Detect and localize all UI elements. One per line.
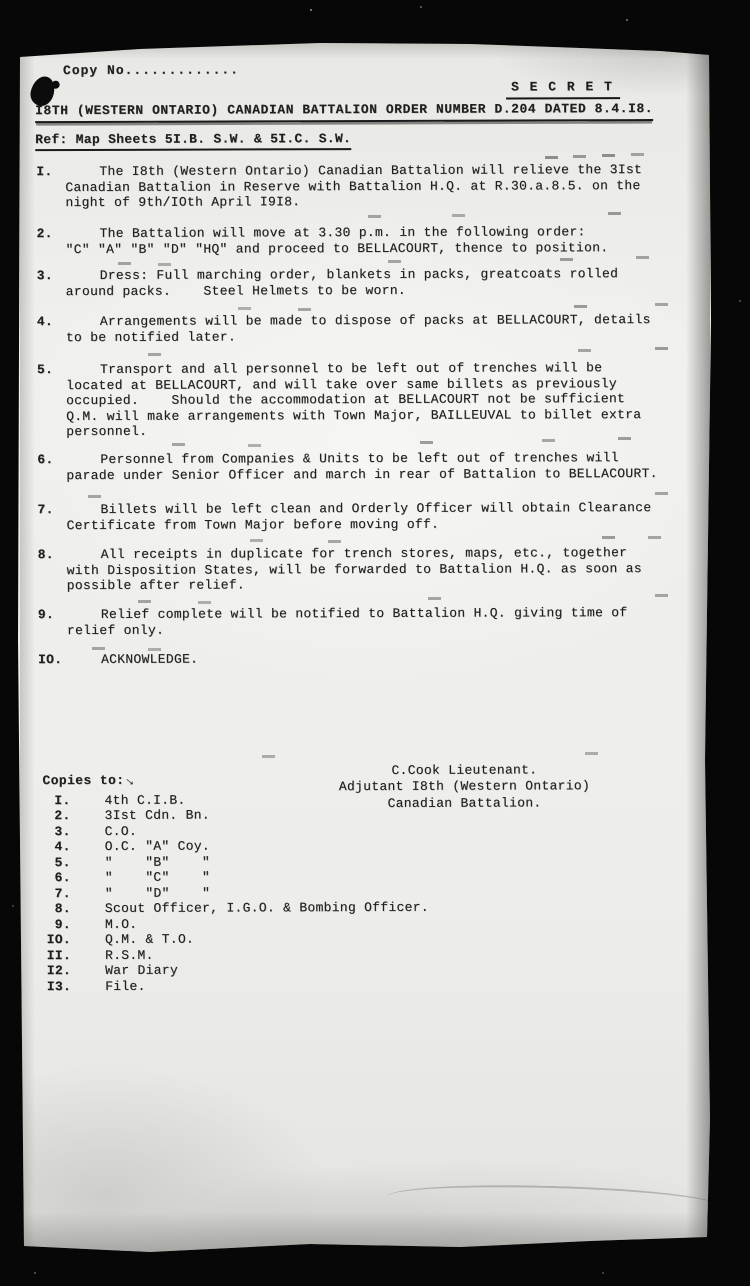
signature-unit: Canadian Battalion. <box>339 795 591 812</box>
item-text: Relief complete will be notified to Batt… <box>67 605 686 638</box>
copy-row-text: War Diary <box>105 963 178 978</box>
order-title: I8TH (WESTERN ONTARIO) CANADIAN BATTALIO… <box>35 101 653 123</box>
copy-row-text: 3Ist Cdn. Bn. <box>105 808 210 823</box>
order-item-5: 5. Transport and all personnel to be lef… <box>35 360 685 440</box>
copy-row-number: IO. <box>31 932 71 947</box>
copy-row-text: R.S.M. <box>105 948 154 963</box>
distribution-label-text: Copies to: <box>42 773 124 788</box>
order-item-7: 7. Billets will be left clean and Orderl… <box>36 500 686 533</box>
item-number: 7. <box>38 502 54 518</box>
copy-row-number: I. <box>31 793 71 808</box>
copy-row-text: M.O. <box>105 917 137 932</box>
order-item-4: 4. Arrangements will be made to dispose … <box>35 312 685 345</box>
signature-role: Adjutant I8th (Western Ontario) <box>338 779 590 796</box>
order-item-1: I. The I8th (Western Ontario) Canadian B… <box>34 162 684 211</box>
copy-row-number: 4. <box>31 839 71 854</box>
copy-row-number: I3. <box>31 979 71 994</box>
item-text: All receipts in duplicate for trench sto… <box>67 545 686 594</box>
copy-row-number: 6. <box>31 870 71 885</box>
copy-row-text: Scout Officer, I.G.O. & Bombing Officer. <box>105 900 429 916</box>
map-reference: Ref: Map Sheets 5I.B. S.W. & 5I.C. S.W. <box>35 131 351 151</box>
order-item-3: 3. Dress: Full marching order, blankets … <box>35 266 685 299</box>
copy-row-13: I3.File. <box>31 979 146 994</box>
item-text: Dress: Full marching order, blankets in … <box>66 266 685 299</box>
copy-row-number: 8. <box>31 901 71 916</box>
item-number: 9. <box>38 607 54 623</box>
copy-row-3: 3.C.O. <box>31 824 137 839</box>
item-number: 6. <box>37 452 53 468</box>
copy-number-line: Copy No............. <box>63 62 239 78</box>
item-text: ACKNOWLEDGE. <box>67 650 686 668</box>
item-text: Arrangements will be made to dispose of … <box>66 312 685 345</box>
copy-row-4: 4.O.C. "A" Coy. <box>31 839 210 855</box>
copy-row-12: I2.War Diary <box>31 963 178 979</box>
arrow-mark: → <box>123 772 139 789</box>
copy-row-text: " "D" " <box>105 886 210 901</box>
item-number: 4. <box>37 314 53 330</box>
signature-name: C.Cook Lieutenant. <box>338 762 590 779</box>
copy-row-number: 3. <box>31 824 71 839</box>
background-specks <box>0 0 2 2</box>
item-text: Billets will be left clean and Orderly O… <box>67 500 686 533</box>
copy-row-9: 9.M.O. <box>31 917 137 932</box>
item-text: Transport and all personnel to be left o… <box>66 360 685 440</box>
classification-stamp: S E C R E T <box>506 79 620 99</box>
copy-row-2: 2.3Ist Cdn. Bn. <box>31 808 210 824</box>
copy-row-text: Q.M. & T.O. <box>105 932 194 947</box>
signature-block: C.Cook Lieutenant. Adjutant I8th (Wester… <box>338 762 590 812</box>
copy-row-number: II. <box>31 948 71 963</box>
copy-row-number: 9. <box>31 917 71 932</box>
order-item-10: IO. ACKNOWLEDGE. <box>36 650 686 668</box>
document-paper: Copy No............. S E C R E T I8TH (W… <box>0 0 750 1286</box>
item-number: 8. <box>38 547 54 563</box>
copy-row-number: 2. <box>31 808 71 823</box>
copy-row-5: 5." "B" " <box>31 855 210 871</box>
copy-row-1: I.4th C.I.B. <box>31 793 186 809</box>
item-number: 2. <box>37 226 53 242</box>
copy-row-11: II.R.S.M. <box>31 948 154 963</box>
item-text: The I8th (Western Ontario) Canadian Batt… <box>65 162 684 211</box>
copy-row-text: C.O. <box>105 824 137 839</box>
copy-row-text: 4th C.I.B. <box>105 793 186 808</box>
copy-row-text: " "C" " <box>105 870 210 885</box>
copy-row-number: I2. <box>31 963 71 978</box>
copy-row-8: 8.Scout Officer, I.G.O. & Bombing Office… <box>31 900 429 916</box>
document-content: Copy No............. S E C R E T I8TH (W… <box>0 0 750 1286</box>
item-text: The Battalion will move at 3.30 p.m. in … <box>66 224 685 257</box>
scanned-document-page: Copy No............. S E C R E T I8TH (W… <box>0 0 750 1286</box>
item-text: Personnel from Companies & Units to be l… <box>66 450 685 483</box>
order-item-2: 2. The Battalion will move at 3.30 p.m. … <box>35 224 685 257</box>
order-item-9: 9. Relief complete will be notified to B… <box>36 605 686 638</box>
item-number: IO. <box>38 652 62 668</box>
order-item-6: 6. Personnel from Companies & Units to b… <box>35 450 685 483</box>
copy-row-6: 6." "C" " <box>31 870 210 886</box>
copy-row-7: 7." "D" " <box>31 886 210 902</box>
copy-row-text: File. <box>105 979 146 994</box>
copy-row-number: 7. <box>31 886 71 901</box>
copy-row-text: O.C. "A" Coy. <box>105 839 210 854</box>
order-item-8: 8. All receipts in duplicate for trench … <box>36 545 686 594</box>
copy-row-10: IO.Q.M. & T.O. <box>31 932 194 948</box>
copy-row-text: " "B" " <box>105 855 210 870</box>
item-number: 3. <box>37 268 53 284</box>
item-number: 5. <box>37 362 53 378</box>
item-number: I. <box>36 164 52 180</box>
distribution-label: Copies to:→ <box>42 773 132 788</box>
copy-row-number: 5. <box>31 855 71 870</box>
